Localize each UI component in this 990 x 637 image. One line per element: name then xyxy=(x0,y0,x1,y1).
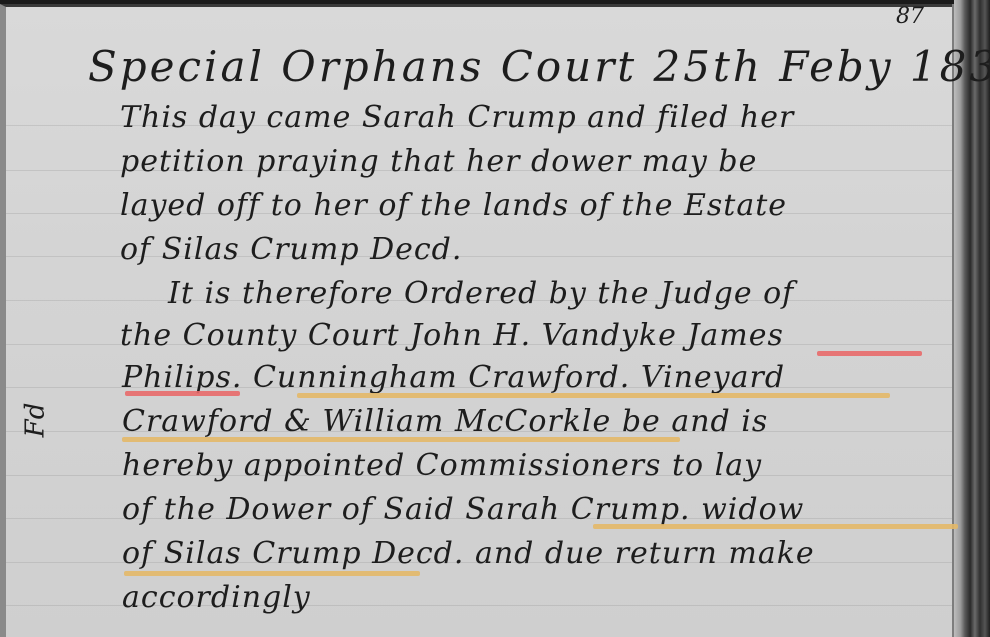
record-line: hereby appointed Commissioners to lay xyxy=(122,448,762,483)
highlight-underline-sarah-crump-widow xyxy=(593,524,958,529)
record-line: of Silas Crump Decd. and due return make xyxy=(122,536,815,571)
record-line: Crawford & William McCorkle be and is xyxy=(122,404,768,439)
record-line: layed off to her of the lands of the Est… xyxy=(120,188,787,223)
record-line: It is therefore Ordered by the Judge of xyxy=(168,276,794,311)
highlight-underline-silas-crump xyxy=(124,571,420,576)
record-line: accordingly xyxy=(122,580,311,615)
margin-note: Fd xyxy=(20,403,50,438)
book-binding xyxy=(954,0,990,637)
highlight-underline-cunningham-crawford-vineyard xyxy=(297,393,890,398)
highlight-underline-crawford-william-mccorkle xyxy=(122,437,680,442)
highlight-underline-philips xyxy=(125,391,240,396)
record-line: the County Court John H. Vandyke James xyxy=(120,318,784,353)
record-line: of Silas Crump Decd. xyxy=(120,232,462,267)
record-line: petition praying that her dower may be xyxy=(120,144,757,179)
page-number: 87 xyxy=(896,4,924,29)
highlight-underline-james xyxy=(817,351,922,356)
record-line: of the Dower of Said Sarah Crump. widow xyxy=(122,492,804,527)
record-line: This day came Sarah Crump and filed her xyxy=(120,100,794,135)
record-line: Philips. Cunningham Crawford. Vineyard xyxy=(122,360,785,395)
record-heading: Special Orphans Court 25th Feby 1836 xyxy=(88,42,990,91)
